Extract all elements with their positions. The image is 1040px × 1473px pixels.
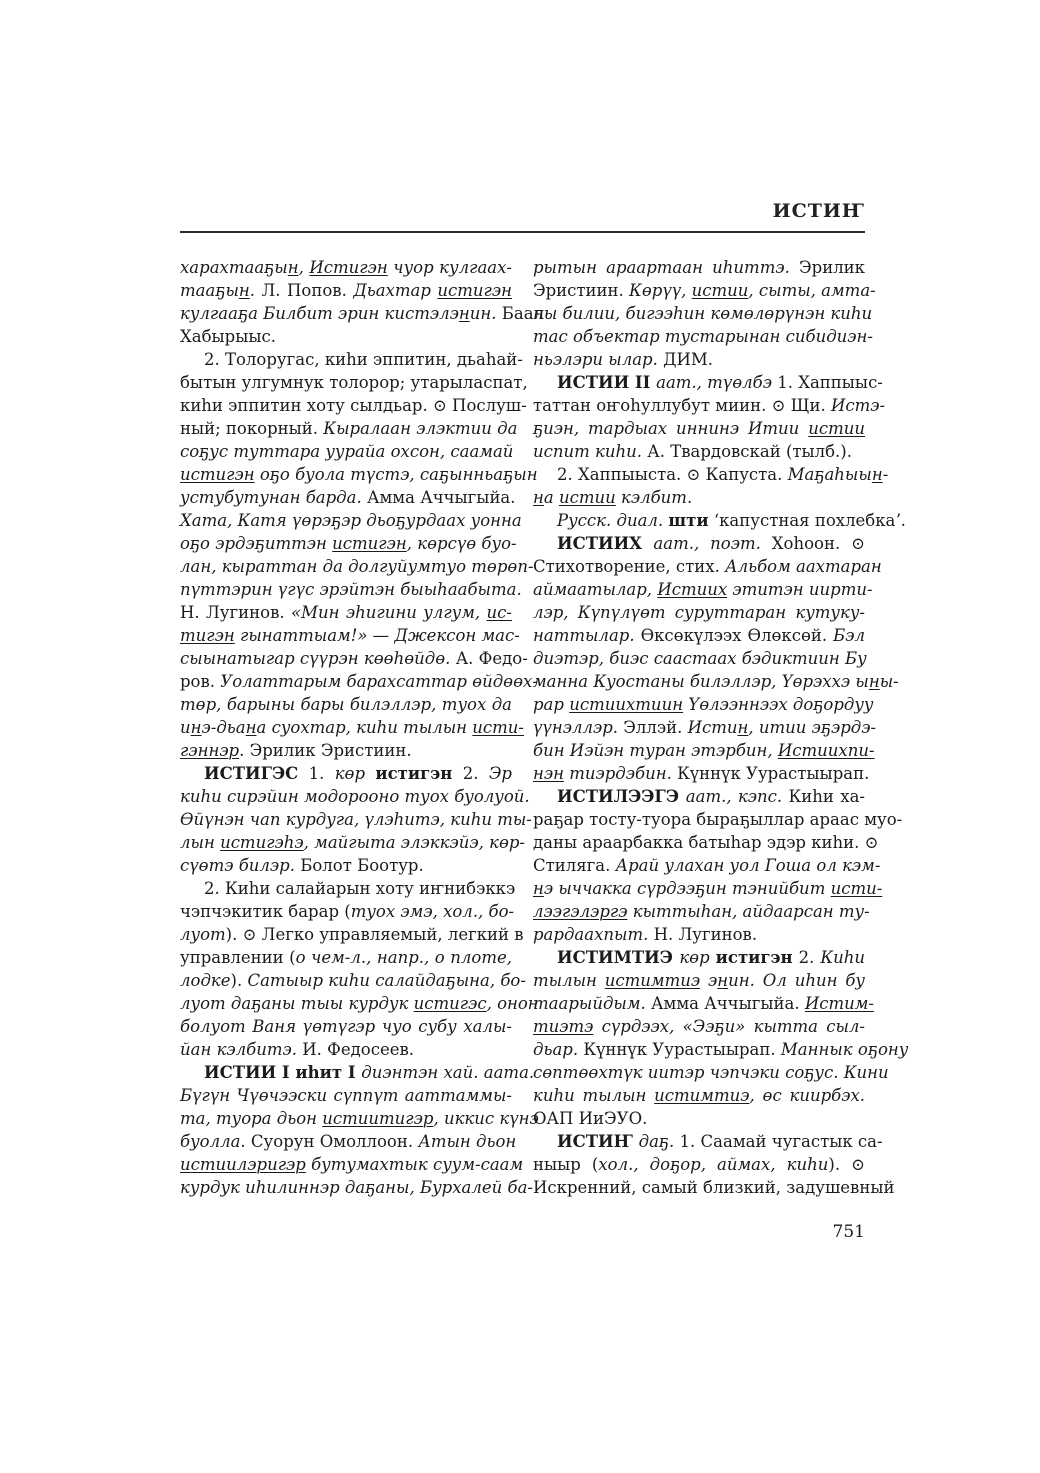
- text-segment: лан, кыраттан да долгуйумтуо төрөп-: [180, 557, 534, 576]
- text-segment: истигэһэ: [220, 833, 304, 852]
- text-segment: н: [239, 281, 250, 300]
- text-line: гэннэр. Эрилик Эристиин.: [180, 739, 512, 762]
- text-segment: Н. Лугинов.: [654, 925, 757, 944]
- text-line: манна Куостаны билэллэр, Үөрэххэ ыны-: [533, 670, 865, 693]
- text-segment: Көрүү,: [629, 281, 692, 300]
- text-segment: нэн: [533, 764, 564, 783]
- text-segment: Бэл: [833, 626, 865, 645]
- text-segment: исти-: [472, 718, 524, 737]
- text-segment: ). ⊙: [828, 1155, 865, 1174]
- text-segment: н: [872, 465, 883, 484]
- text-segment: ныыр (: [533, 1155, 598, 1174]
- text-segment: чуор кулгаах-: [388, 258, 512, 277]
- text-line: киһи тылын истимтиэ, өс киирбэх.: [533, 1084, 865, 1107]
- text-segment: , сыты, амта-: [748, 281, 875, 300]
- text-segment: луот даҕаны тыы курдук: [180, 994, 414, 1013]
- text-segment: ис-: [487, 603, 512, 622]
- text-segment: а суохтар, киһи тылын: [257, 718, 473, 737]
- text-segment: Эллэй.: [623, 718, 687, 737]
- text-segment: Л. Попов.: [262, 281, 354, 300]
- text-segment: Киһи ха-: [789, 787, 865, 806]
- text-segment: хол., доҕор, аймах, киһи: [598, 1155, 828, 1174]
- text-line: испит киһи. А. Твардовскай (тылб.).: [533, 440, 865, 463]
- text-segment: Атын дьон: [418, 1132, 516, 1151]
- text-segment: тылын: [533, 971, 605, 990]
- text-segment: ОАП ИиЭУО.: [533, 1109, 647, 1128]
- text-line: таттан оҥоһуллубут миин. ⊙ Щи. Истэ-: [533, 394, 865, 417]
- text-segment: Киһи: [820, 948, 865, 967]
- text-segment: Стиляга.: [533, 856, 616, 875]
- text-segment: Амма Аччыгыйа.: [651, 994, 805, 1013]
- text-line: рытын араартаан иһиттэ. Эрилик: [533, 256, 865, 279]
- text-segment: Эр: [489, 764, 512, 783]
- text-line: үүнэллэр. Эллэй. Истин, итии эҕэрдэ-: [533, 716, 865, 739]
- text-segment: киһи тылын: [533, 1086, 654, 1105]
- text-segment: ИСТИГЭС: [204, 764, 298, 783]
- text-segment: ИСТИИ II: [557, 373, 656, 392]
- text-segment: Өксөкүлээх Өлөксөй.: [641, 626, 834, 645]
- text-segment: кулгааҕа Билбит эрин кистэлэ: [180, 304, 459, 323]
- text-segment: Искренний, самый близкий, задушевный: [533, 1178, 894, 1197]
- text-segment: ДИМ.: [663, 350, 713, 369]
- text-segment: «Мин эһигини улгум,: [291, 603, 487, 622]
- text-segment: аат., түөлбэ: [656, 373, 777, 392]
- text-line: ныыр (хол., доҕор, аймах, киһи). ⊙: [533, 1153, 865, 1176]
- text-line: 2. Толоругас, киһи эппитин, дьаһай-: [180, 348, 512, 371]
- text-segment: Истиих: [657, 580, 727, 599]
- text-line: киһи эппитин хоту сылдьар. ⊙ Послуш-: [180, 394, 512, 417]
- text-line: киһи сирэйин модорооно туох буолуой.: [180, 785, 512, 808]
- text-segment: даҕ.: [639, 1132, 680, 1151]
- text-segment: э-дьа: [202, 718, 246, 737]
- text-line: лодке). Сатыыр киһи салайдаҕына, бо-: [180, 969, 512, 992]
- text-segment: Истэ-: [831, 396, 885, 415]
- text-segment: курдук иһилиннэр даҕаны, Бурхалей ба-: [180, 1178, 533, 1197]
- text-segment: тигэн: [180, 626, 235, 645]
- text-line: истиилэригэр бутумахтык суум-саам: [180, 1153, 512, 1176]
- text-line: ҕиэн, тардыах иннинэ Итии истии: [533, 417, 865, 440]
- text-line: тылын истимтиэ энин. Ол иһин бу: [533, 969, 865, 992]
- text-line: сүөтэ билэр. Болот Боотур.: [180, 854, 512, 877]
- text-segment: рытын араартаан иһиттэ.: [533, 258, 799, 277]
- text-segment: та, туора дьон: [180, 1109, 322, 1128]
- text-segment: истии: [559, 488, 616, 507]
- text-line: нэн тиэрдэбин. Күннүк Уурастыырап.: [533, 762, 865, 785]
- text-line: болуот Ваня үөтүгэр чуо субу халы-: [180, 1015, 512, 1038]
- text-line: ньэлэри ылар. ДИМ.: [533, 348, 865, 371]
- text-line: ИСТИИ I иһит I диэнтэн хай. аата.: [180, 1061, 512, 1084]
- text-segment: ров.: [180, 672, 220, 691]
- running-head: ИСТИҤ: [180, 200, 865, 222]
- text-segment: истигэн: [437, 281, 512, 300]
- text-segment: н: [738, 718, 749, 737]
- text-segment: А. Федо-: [456, 649, 528, 668]
- text-segment: 2.: [793, 948, 821, 967]
- text-line: ный; покорный. Кыралаан элэктии да: [180, 417, 512, 440]
- column-right: рытын араартаан иһиттэ. ЭриликЭристиин. …: [533, 256, 865, 1199]
- text-segment: Эрилик: [799, 258, 865, 277]
- running-head-title: ИСТИҤ: [773, 200, 865, 222]
- text-segment: аат., поэт.: [653, 534, 771, 553]
- text-segment: ньэлэри ылар.: [533, 350, 663, 369]
- text-line: истигэн оҕо буола түстэ, саҕынньаҕын: [180, 463, 512, 486]
- text-line: на истии кэлбит.: [533, 486, 865, 509]
- text-segment: тиэрдэбин.: [564, 764, 677, 783]
- text-segment: сүөтэ билэр.: [180, 856, 300, 875]
- text-segment: .: [239, 741, 250, 760]
- text-segment: соҕус туттара уурайа охсон, саамай: [180, 442, 513, 461]
- text-segment: Арай улахан уол Гоша ол кэм-: [616, 856, 881, 875]
- text-segment: бин Иэйэн туран этэрбин,: [533, 741, 778, 760]
- text-segment: кэлбит.: [616, 488, 692, 507]
- text-segment: иһит I: [295, 1063, 361, 1082]
- text-segment: э: [700, 971, 717, 990]
- text-segment: киһи сирэйин модорооно туох буолуой.: [180, 787, 530, 806]
- text-segment: тиэтэ: [533, 1017, 593, 1036]
- text-segment: ный; покорный.: [180, 419, 323, 438]
- text-segment: А. Твардовскай (тылб.).: [647, 442, 852, 461]
- text-segment: Дьахтар: [353, 281, 437, 300]
- text-segment: , онон: [487, 994, 539, 1013]
- text-segment: истигэн: [332, 534, 407, 553]
- text-segment: төр, барыны бары билэллэр, туох да: [180, 695, 512, 714]
- text-line: Русск. диал. шти ʻкапустная похлебкаʼ.: [533, 509, 865, 532]
- text-line: тааҕын. Л. Попов. Дьахтар истигэн: [180, 279, 512, 302]
- text-segment: Сатыыр киһи салайдаҕына, бо-: [247, 971, 525, 990]
- text-segment: н: [459, 304, 470, 323]
- text-segment: н: [533, 488, 544, 507]
- text-segment: истигэн: [375, 764, 452, 783]
- text-segment: рардаахпыт.: [533, 925, 654, 944]
- text-segment: ИСТИИХ: [557, 534, 653, 553]
- text-segment: ИСТИИ I: [204, 1063, 295, 1082]
- text-segment: , көрсүө буо-: [407, 534, 517, 553]
- text-segment: истигэн: [180, 465, 255, 484]
- text-segment: Күннүк Уурастыырап.: [677, 764, 869, 783]
- text-segment: таттан оҥоһуллубут миин. ⊙ Щи.: [533, 396, 831, 415]
- text-line: соҕус туттара уурайа охсон, саамай: [180, 440, 512, 463]
- text-segment: тааҕы: [180, 281, 239, 300]
- text-line: оҕо эрдэҕиттэн истигэн, көрсүө буо-: [180, 532, 512, 555]
- text-segment: устубутунан барда.: [180, 488, 367, 507]
- text-segment: , иккис күнэ: [433, 1109, 538, 1128]
- text-segment: Альбом аахтаран: [725, 557, 882, 576]
- text-segment: н: [533, 879, 544, 898]
- text-segment: истиихтиин: [569, 695, 683, 714]
- text-line: рардаахпыт. Н. Лугинов.: [533, 923, 865, 946]
- text-segment: истигэн: [716, 948, 793, 967]
- text-segment: ИСТИЛЭЭГЭ: [557, 787, 686, 806]
- text-segment: , майгыта элэккэйэ, көр-: [304, 833, 525, 852]
- text-line: Искренний, самый близкий, задушевный: [533, 1176, 865, 1199]
- text-line: лын истигэһэ, майгыта элэккэйэ, көр-: [180, 831, 512, 854]
- text-segment: ,: [299, 258, 310, 277]
- text-line: Стихотворение, стих. Альбом аахтаран: [533, 555, 865, 578]
- text-segment: , өс киирбэх.: [750, 1086, 865, 1105]
- text-segment: 1. Саамай чугастык са-: [680, 1132, 883, 1151]
- text-segment: оҕо эрдэҕиттэн: [180, 534, 332, 553]
- text-segment: бытын улгумнук толорор; утарыласпат,: [180, 373, 528, 392]
- text-segment: Истиихпи-: [778, 741, 875, 760]
- text-line: Өйүнэн чап курдуга, үлэһитэ, киһи ты-: [180, 808, 512, 831]
- text-line: инэ-дьана суохтар, киһи тылын исти-: [180, 716, 512, 739]
- text-line: төр, барыны бары билэллэр, туох да: [180, 693, 512, 716]
- text-segment: харахтааҕы: [180, 258, 288, 277]
- text-segment: Стихотворение, стих.: [533, 557, 725, 576]
- text-line: буолла. Суорун Омоллоон. Атын дьон: [180, 1130, 512, 1153]
- text-line: нэ ыччакка сүрдээҕин тэнийбит исти-: [533, 877, 865, 900]
- text-segment: о чем-л., напр., о плоте,: [296, 948, 512, 967]
- text-segment: истиилэригэр: [180, 1155, 306, 1174]
- text-segment: ин.: [470, 304, 502, 323]
- text-segment: сүрдээх, «Ээҕи» кытта сыл-: [593, 1017, 865, 1036]
- text-segment: ).: [231, 971, 248, 990]
- text-line: тиэтэ сүрдээх, «Ээҕи» кытта сыл-: [533, 1015, 865, 1038]
- text-segment: Хата, Катя үөрэҕэр дьоҕурдаах уонна: [180, 511, 522, 530]
- header-rule: [180, 231, 865, 233]
- text-segment: буолла.: [180, 1132, 251, 1151]
- text-segment: диэтэр, биэс саастаах бэдиктиин Бу: [533, 649, 867, 668]
- text-segment: гынаттыам!» — Джексон мас-: [235, 626, 520, 645]
- text-segment: Маҕаһыы: [788, 465, 872, 484]
- text-line: раҕар тосту-туора быраҕыллар араас муо-: [533, 808, 865, 831]
- text-segment: 1. Хаппыыс-: [777, 373, 883, 392]
- text-line: ИСТИИХ аат., поэт. Хоһоон. ⊙: [533, 532, 865, 555]
- text-segment: ны билии, бигээһин көмөлөрүнэн киһи: [533, 304, 872, 323]
- text-line: Бүгүн Чүөчээски сүппүт ааттаммы-: [180, 1084, 512, 1107]
- page: ИСТИҤ харахтааҕын, Истигэн чуор кулгаах-…: [0, 0, 1040, 1473]
- text-line: Хабырыыс.: [180, 325, 512, 348]
- text-segment: Болот Боотур.: [300, 856, 423, 875]
- text-segment: н: [191, 718, 202, 737]
- text-segment: н: [717, 971, 728, 990]
- text-line: ров. Уолаттарым барахсаттар өйдөөх-: [180, 670, 512, 693]
- text-segment: үүнэллэр.: [533, 718, 623, 737]
- text-line: сөптөөхтүк иитэр чэпчэки соҕус. Кини: [533, 1061, 865, 1084]
- text-segment: этитэн иирти-: [727, 580, 872, 599]
- text-line: лээгэлэргэ кыттыһан, айдаарсан ту-: [533, 900, 865, 923]
- text-segment: н: [246, 718, 257, 737]
- text-segment: таарыйдым.: [533, 994, 651, 1013]
- text-segment: и: [180, 718, 191, 737]
- text-segment: Эрилик Эристиин.: [250, 741, 412, 760]
- text-segment: ИСТИҤ: [557, 1132, 639, 1151]
- text-segment: Русск. диал.: [557, 511, 668, 530]
- text-segment: а: [544, 488, 559, 507]
- text-segment: ʻкапустная похлебкаʼ.: [709, 511, 906, 530]
- text-segment: дьар.: [533, 1040, 583, 1059]
- text-segment: ин. Ол иһин бу: [728, 971, 865, 990]
- text-line: тас объектар тустарынан сибидиэн-: [533, 325, 865, 348]
- text-segment: истимтиэ: [654, 1086, 749, 1105]
- text-segment: лэр, Күпүлүөт суруттаран кутуку-: [533, 603, 865, 622]
- page-number: 751: [180, 1222, 865, 1242]
- text-segment: Уолаттарым барахсаттар өйдөөх-: [220, 672, 538, 691]
- text-segment: истии: [808, 419, 865, 438]
- text-segment: 2.: [452, 764, 488, 783]
- text-line: ИСТИГЭС 1. көр истигэн 2. Эр: [180, 762, 512, 785]
- text-segment: даны араарбакка батыһар эдэр киһи. ⊙: [533, 833, 879, 852]
- text-line: 2. Киһи салайарын хоту иҥнибэккэ: [180, 877, 512, 900]
- text-segment: , итии эҕэрдэ-: [748, 718, 876, 737]
- text-segment: болуот Ваня үөтүгэр чуо субу халы-: [180, 1017, 512, 1036]
- text-segment: шти: [668, 511, 708, 530]
- text-line: даны араарбакка батыһар эдэр киһи. ⊙: [533, 831, 865, 854]
- column-left: харахтааҕын, Истигэн чуор кулгаах-тааҕын…: [180, 256, 512, 1199]
- text-line: пүттэрин үгүс эрэйтэн быыһаабыта.: [180, 578, 512, 601]
- text-line: ны билии, бигээһин көмөлөрүнэн киһи: [533, 302, 865, 325]
- text-line: рар истиихтиин Үөлээннээх доҕордуу: [533, 693, 865, 716]
- text-segment: аймаатылар,: [533, 580, 657, 599]
- text-segment: исти-: [831, 879, 883, 898]
- text-segment: Эристиин.: [533, 281, 629, 300]
- text-line: управлении (о чем-л., напр., о плоте,: [180, 946, 512, 969]
- text-segment: аат., кэпс.: [686, 787, 789, 806]
- text-segment: Амма Аччыгыйа.: [367, 488, 516, 507]
- text-segment: испит киһи.: [533, 442, 647, 461]
- text-segment: диэнтэн хай. аата.: [361, 1063, 534, 1082]
- text-segment: йан кэлбитэ.: [180, 1040, 302, 1059]
- text-line: луот даҕаны тыы курдук истигэс, онон: [180, 992, 512, 1015]
- text-line: ИСТИҤ даҕ. 1. Саамай чугастык са-: [533, 1130, 865, 1153]
- text-segment: н: [288, 258, 299, 277]
- text-segment: ИСТИМТИЭ: [557, 948, 679, 967]
- text-line: ОАП ИиЭУО.: [533, 1107, 865, 1130]
- text-line: ИСТИМТИЭ көр истигэн 2. Киһи: [533, 946, 865, 969]
- text-segment: ). ⊙ Легко управляемый, легкий в: [226, 925, 524, 944]
- text-segment: Исти: [688, 718, 738, 737]
- text-segment: Бүгүн Чүөчээски сүппүт ааттаммы-: [180, 1086, 512, 1105]
- text-line: бытын улгумнук толорор; утарыласпат,: [180, 371, 512, 394]
- text-segment: Үөлээннээх доҕордуу: [683, 695, 873, 714]
- text-segment: истии: [692, 281, 749, 300]
- text-segment: 2. Хаппыыста. ⊙ Капуста.: [557, 465, 788, 484]
- text-segment: лодке: [180, 971, 231, 990]
- text-segment: Хоһоон. ⊙: [772, 534, 865, 553]
- text-segment: 2. Киһи салайарын хоту иҥнибэккэ: [204, 879, 515, 898]
- text-segment: Истигэн: [309, 258, 387, 277]
- text-segment: истиитигэр: [322, 1109, 433, 1128]
- text-line: курдук иһилиннэр даҕаны, Бурхалей ба-: [180, 1176, 512, 1199]
- text-segment: 1.: [298, 764, 334, 783]
- text-line: чэпчэкитик барар (туох эмэ, хол., бо-: [180, 900, 512, 923]
- text-line: бин Иэйэн туран этэрбин, Истиихпи-: [533, 739, 865, 762]
- text-segment: Кыралаан элэктии да: [323, 419, 517, 438]
- text-segment: чэпчэкитик барар (: [180, 902, 351, 921]
- text-segment: пүттэрин үгүс эрэйтэн быыһаабыта.: [180, 580, 522, 599]
- text-line: йан кэлбитэ. И. Федосеев.: [180, 1038, 512, 1061]
- text-segment: лын: [180, 833, 220, 852]
- text-line: харахтааҕын, Истигэн чуор кулгаах-: [180, 256, 512, 279]
- text-segment: н: [869, 672, 880, 691]
- text-line: сыынатыгар сүүрэн көөһөйдө. А. Федо-: [180, 647, 512, 670]
- text-segment: гэннэр: [180, 741, 239, 760]
- text-segment: .: [250, 281, 262, 300]
- text-line: луот). ⊙ Легко управляемый, легкий в: [180, 923, 512, 946]
- text-line: Эристиин. Көрүү, истии, сыты, амта-: [533, 279, 865, 302]
- text-segment: Маннык оҕону: [781, 1040, 908, 1059]
- text-segment: раҕар тосту-туора быраҕыллар араас муо-: [533, 810, 902, 829]
- text-line: дьар. Күннүк Уурастыырап. Маннык оҕону: [533, 1038, 865, 1061]
- text-segment: луот: [180, 925, 226, 944]
- text-line: Хата, Катя үөрэҕэр дьоҕурдаах уонна: [180, 509, 512, 532]
- text-segment: көр: [679, 948, 715, 967]
- text-line: тигэн гынаттыам!» — Джексон мас-: [180, 624, 512, 647]
- text-line: ИСТИЛЭЭГЭ аат., кэпс. Киһи ха-: [533, 785, 865, 808]
- text-segment: Күннүк Уурастыырап.: [583, 1040, 781, 1059]
- text-segment: кыттыһан, айдаарсан ту-: [627, 902, 869, 921]
- text-segment: 2. Толоругас, киһи эппитин, дьаһай-: [204, 350, 523, 369]
- text-segment: И. Федосеев.: [302, 1040, 414, 1059]
- text-line: диэтэр, биэс саастаах бэдиктиин Бу: [533, 647, 865, 670]
- text-segment: бутумахтык суум-саам: [306, 1155, 523, 1174]
- text-segment: истимтиэ: [605, 971, 700, 990]
- text-segment: туох эмэ, хол., бо-: [351, 902, 514, 921]
- text-line: лан, кыраттан да долгуйумтуо төрөп-: [180, 555, 512, 578]
- text-segment: ы-: [880, 672, 899, 691]
- text-line: устубутунан барда. Амма Аччыгыйа.: [180, 486, 512, 509]
- text-segment: Истим-: [805, 994, 874, 1013]
- text-segment: управлении (: [180, 948, 296, 967]
- text-line: Н. Лугинов. «Мин эһигини улгум, ис-: [180, 601, 512, 624]
- text-line: 2. Хаппыыста. ⊙ Капуста. Маҕаһыын-: [533, 463, 865, 486]
- text-segment: Суорун Омоллоон.: [251, 1132, 418, 1151]
- text-segment: рар: [533, 695, 569, 714]
- text-line: Стиляга. Арай улахан уол Гоша ол кэм-: [533, 854, 865, 877]
- text-segment: Н. Лугинов.: [180, 603, 291, 622]
- text-segment: ҕиэн, тардыах иннинэ Итии: [533, 419, 808, 438]
- text-segment: тас объектар тустарынан сибидиэн-: [533, 327, 873, 346]
- text-segment: лээгэлэргэ: [533, 902, 627, 921]
- text-segment: киһи эппитин хоту сылдьар. ⊙ Послуш-: [180, 396, 527, 415]
- text-segment: көр: [335, 764, 376, 783]
- text-line: лэр, Күпүлүөт суруттаран кутуку-: [533, 601, 865, 624]
- text-line: ИСТИИ II аат., түөлбэ 1. Хаппыыс-: [533, 371, 865, 394]
- text-segment: оҕо буола түстэ, саҕынньаҕын: [255, 465, 538, 484]
- text-segment: сөптөөхтүк иитэр чэпчэки соҕус. Кини: [533, 1063, 889, 1082]
- text-segment: наттылар.: [533, 626, 641, 645]
- text-line: наттылар. Өксөкүлээх Өлөксөй. Бэл: [533, 624, 865, 647]
- text-line: та, туора дьон истиитигэр, иккис күнэ: [180, 1107, 512, 1130]
- text-segment: -: [883, 465, 889, 484]
- text-line: аймаатылар, Истиих этитэн иирти-: [533, 578, 865, 601]
- text-segment: сыынатыгар сүүрэн көөһөйдө.: [180, 649, 456, 668]
- text-segment: манна Куостаны билэллэр, Үөрэххэ ы: [533, 672, 869, 691]
- text-segment: Хабырыыс.: [180, 327, 276, 346]
- text-segment: Өйүнэн чап курдуга, үлэһитэ, киһи ты-: [180, 810, 532, 829]
- text-segment: э ыччакка сүрдээҕин тэнийбит: [544, 879, 831, 898]
- text-line: таарыйдым. Амма Аччыгыйа. Истим-: [533, 992, 865, 1015]
- text-line: кулгааҕа Билбит эрин кистэлэнин. Баал: [180, 302, 512, 325]
- text-segment: истигэс: [414, 994, 487, 1013]
